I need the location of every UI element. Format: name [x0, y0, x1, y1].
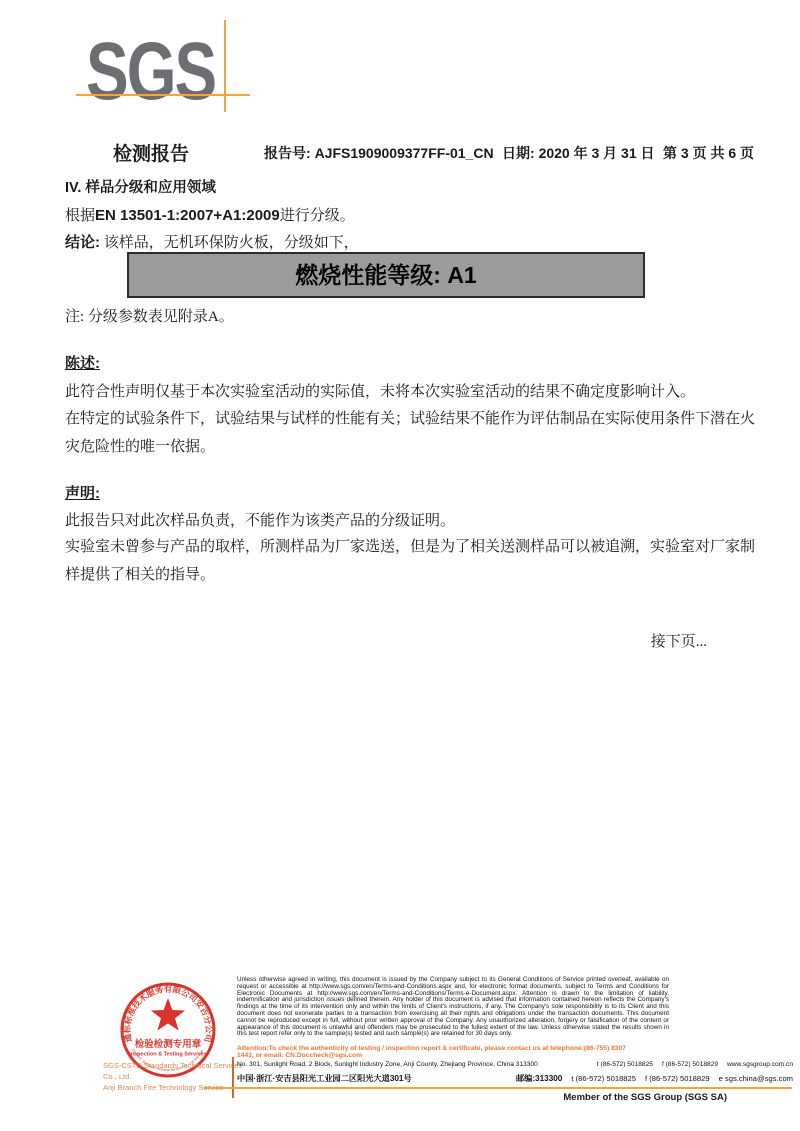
section-title: IV. 样品分级和应用领域: [65, 176, 216, 197]
report-number: 报告号: AJFS1909009377FF-01_CN: [264, 143, 494, 163]
stamp-center-chinese: 检验检测专用章: [135, 1038, 202, 1050]
conclusion-text: 该样品，无机环保防火板，分级如下，: [100, 235, 359, 251]
terms-and-conditions-fine-print: Unless otherwise agreed in writing, this…: [237, 977, 669, 1038]
attention-line2: 1443, or email: CN.Doccheck@sgs.com: [237, 1052, 677, 1059]
document-title: 检测报告: [113, 139, 189, 166]
email-address: e sgs.china@sgs.com: [719, 1074, 793, 1083]
telephone-english-row: t (86-572) 5018825: [597, 1061, 653, 1068]
telephone-chinese-row: t (86-572) 5018825: [571, 1074, 636, 1083]
report-date: 日期: 2020 年 3 月 31 日: [502, 143, 655, 163]
postal-code: 邮编:313300: [516, 1073, 562, 1084]
declaration-paragraph-1: 此报告只对此次样品负责，不能作为该类产品的分级证明。: [65, 508, 455, 535]
report-number-value: AJFS1909009377FF-01_CN: [315, 145, 494, 161]
address-row-chinese: 中国·浙江·安吉县阳光工业园二区阳光大道301号 邮编:313300 t (86…: [237, 1073, 793, 1084]
logo-crosshair-vertical-line: [224, 20, 226, 112]
statement-paragraph-1: 此符合性声明仅基于本次实验室活动的实际值，未将本次实验室活动的结果不确定度影响计…: [65, 379, 695, 406]
footer-crosshair-vertical-line: [232, 1057, 234, 1098]
fax-english-row: f (86-572) 5018829: [662, 1061, 718, 1068]
stamp-star-icon: [151, 998, 185, 1031]
fire-rating-banner: 燃烧性能等级: A1: [127, 252, 645, 298]
statement-paragraph-2: 在特定的试验条件下，试验结果与试样的性能有关；试验结果不能作为评估制品在实际使用…: [65, 406, 765, 461]
classification-basis: 根据EN 13501-1:2007+A1:2009进行分级。: [65, 202, 355, 230]
website-url: www.sgsgroup.com.cn: [727, 1061, 793, 1068]
footer-crosshair-horizontal-line: [204, 1087, 792, 1089]
page-indicator: 第 3 页 共 6 页: [663, 143, 754, 163]
report-page: { "logo": { "text": "SGS", "gray": "#6d6…: [0, 0, 800, 1131]
declaration-paragraph-2: 实验室未曾参与产品的取样，所测样品为厂家选送，但是为了相关送测样品可以被追溯，实…: [65, 534, 765, 589]
statement-heading: 陈述:: [65, 352, 100, 373]
basis-prefix: 根据: [65, 208, 95, 224]
note-line: 注: 分级参数表见附录A。: [65, 304, 234, 331]
stamp-center-english: Inspection & Testing Services: [129, 1052, 207, 1058]
address-row-english: No. 301, Sunlight Road, 2 Block, Sunligh…: [237, 1061, 793, 1068]
report-number-label: 报告号:: [264, 145, 311, 161]
attention-line1: Attention:To check the authenticity of t…: [237, 1045, 677, 1052]
report-date-value: 2020 年 3 月 31 日: [539, 145, 655, 161]
report-date-label: 日期:: [502, 145, 535, 161]
basis-suffix: 进行分级。: [280, 208, 355, 224]
sgs-group-membership-note: Member of the SGS Group (SGS SA): [237, 1092, 727, 1103]
standard-reference: EN 13501-1:2007+A1:2009: [95, 207, 280, 224]
continued-next-page: 接下页...: [65, 630, 765, 651]
fax-chinese-row: f (86-572) 5018829: [645, 1074, 710, 1083]
sgs-logo: SGS: [86, 30, 215, 112]
authenticity-attention-notice: Attention:To check the authenticity of t…: [237, 1045, 677, 1060]
address-english: No. 301, Sunlight Road, 2 Block, Sunligh…: [237, 1061, 588, 1068]
address-chinese: 中国·浙江·安吉县阳光工业园二区阳光大道301号: [237, 1073, 507, 1084]
laboratory-name-line1: SGS-CSTC Standards Technical Services Co…: [103, 1060, 253, 1082]
conclusion-label: 结论:: [65, 234, 100, 251]
declaration-heading: 声明:: [65, 482, 100, 503]
